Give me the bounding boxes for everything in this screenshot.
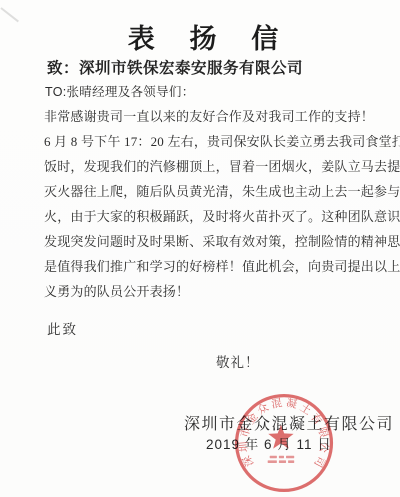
seal-microtext — [268, 456, 295, 463]
body-line-5: 火，由于大家的积极踊跃，及时将火苗扑灭了。这种团队意识及 — [44, 206, 400, 225]
body-line-4: 灭火器往上爬，随后队员黄光清，朱生成也主动上去一起参与灭 — [44, 181, 400, 200]
body-line-1: 非常感谢贵司一直以来的友好合作及对我司工作的支持！ — [44, 106, 374, 125]
body-line-6: 发现突发问题时及时果断、采取有效对策，控制险情的精神思想， — [44, 231, 400, 250]
closing-phrase: 此致 — [47, 318, 78, 338]
company-seal-stamp: 深圳市金众混凝土有限公司 — [233, 392, 335, 494]
page-title: 表 扬 信 — [0, 17, 400, 56]
star-icon — [268, 425, 293, 449]
body-line-3: 饭时，发现我们的汽修棚顶上，冒着一团烟火，姜队立马去提上 — [44, 156, 400, 175]
attention-line: TO:张晴经理及各领导们： — [45, 82, 195, 100]
body-line-2: 6 月 8 号下午 17：20 左右，贵司保安队长姜立勇去我司食堂打 — [44, 131, 400, 150]
body-line-8: 义勇为的队员公开表扬！ — [44, 281, 189, 300]
commendation-letter-page: 表 扬 信 致：深圳市铁保宏泰安服务有限公司 TO:张晴经理及各领导们： 非常感… — [0, 0, 400, 497]
salute-phrase: 敬礼！ — [216, 351, 260, 371]
recipient-line: 致：深圳市铁保宏泰安服务有限公司 — [47, 56, 303, 78]
body-line-7: 是值得我们推广和学习的好榜样！值此机会，向贵司提出以上见 — [44, 256, 400, 275]
